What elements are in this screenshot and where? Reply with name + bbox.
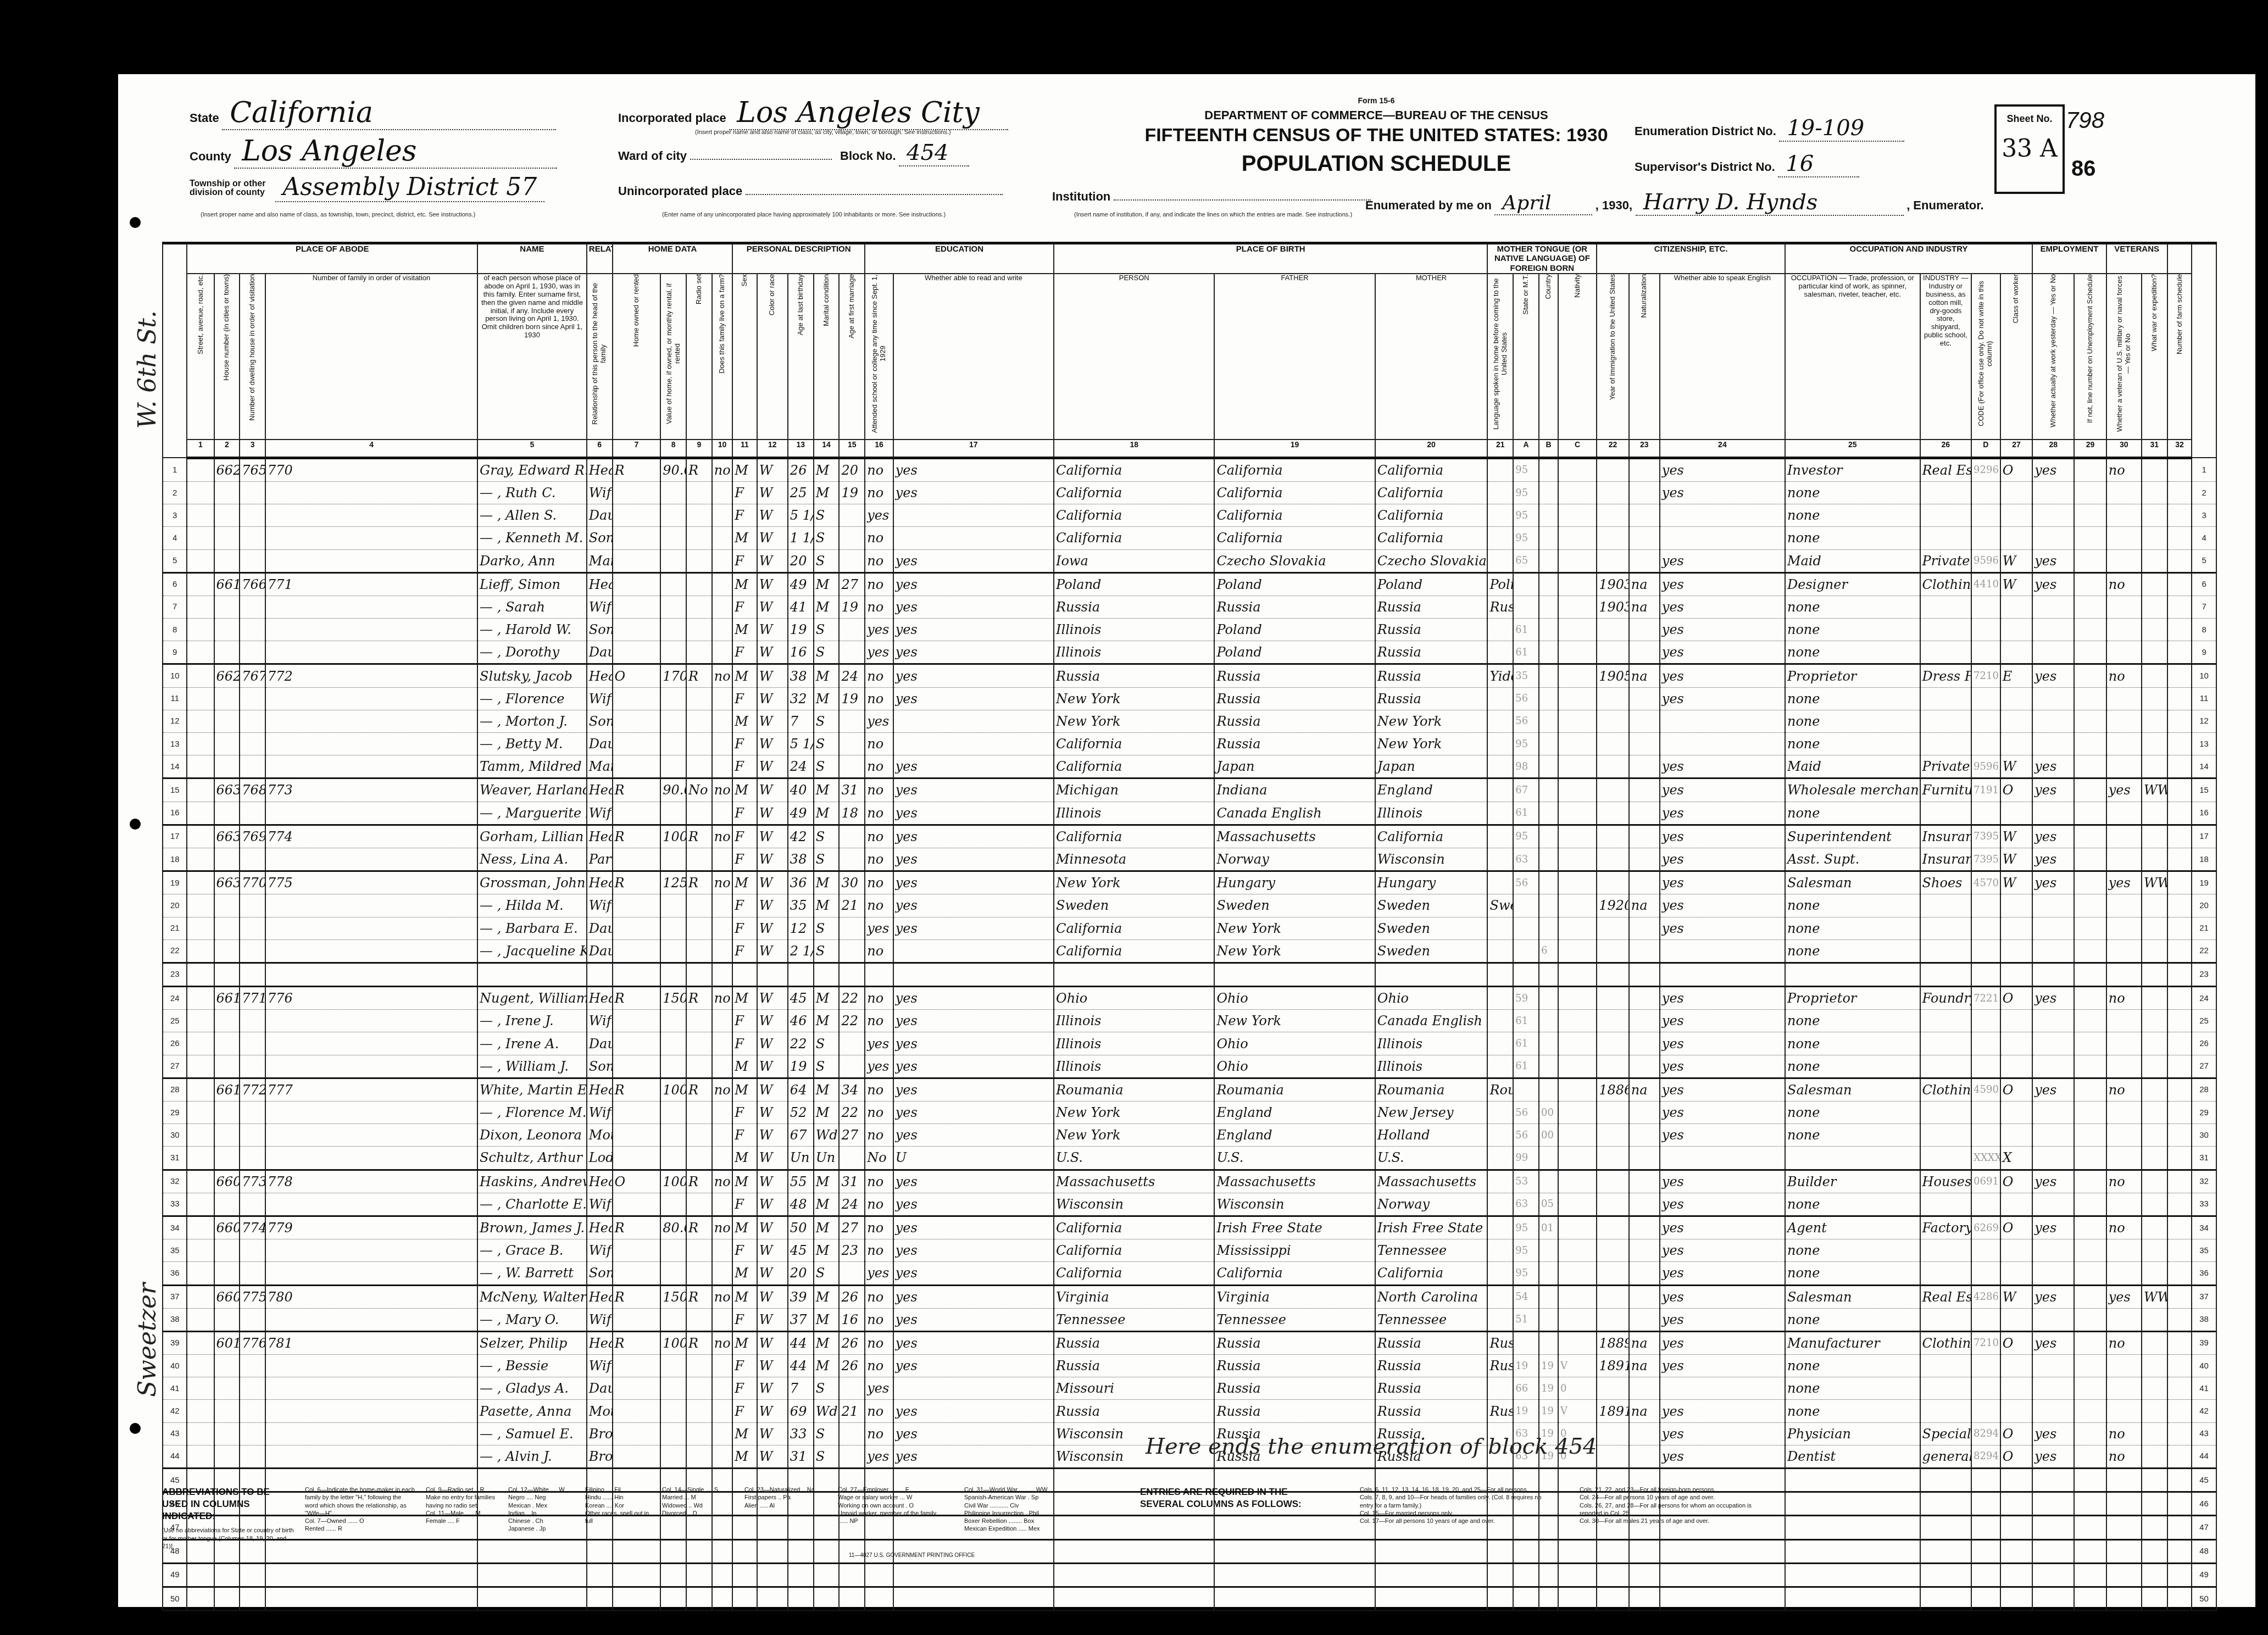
cell-street xyxy=(187,1285,214,1308)
cell-industry xyxy=(1920,504,1972,527)
cell-race: W xyxy=(757,1078,788,1101)
cell-value xyxy=(660,1262,686,1285)
column-label-30: Whether a veteran of U.S. military or na… xyxy=(2116,274,2132,433)
cell-age: 48 xyxy=(788,1193,814,1216)
cell-sex: F xyxy=(732,1102,757,1124)
cell-relation: Mother-in-law xyxy=(587,1400,613,1422)
table-row: 7— , SarahWife-H.FW41M19noyesRussiaRussi… xyxy=(163,596,2216,618)
cell-age-marr xyxy=(839,939,865,963)
cell-farm xyxy=(712,710,732,732)
cell-tongue xyxy=(1487,549,1513,572)
cell-read xyxy=(893,1377,1054,1400)
cell-owned xyxy=(613,572,661,596)
cell-codeC xyxy=(1558,1262,1597,1285)
cell-mother: Ohio xyxy=(1375,987,1488,1010)
cell-industry xyxy=(1920,1102,1972,1124)
cell-industry xyxy=(1920,710,1972,732)
cell-industry: Shoes xyxy=(1920,871,1972,894)
cell-house xyxy=(214,527,240,549)
cell-marital: S xyxy=(814,1055,840,1078)
cell-unemp xyxy=(2074,481,2106,504)
cell-english: yes xyxy=(1660,825,1785,848)
cell-dwelling: 772 xyxy=(240,1078,265,1101)
cell-codeA: 98 xyxy=(1513,755,1539,778)
cell-unemp xyxy=(2074,458,2106,481)
cell-age: 36 xyxy=(788,871,814,894)
cell-unemp xyxy=(2074,664,2106,687)
cell-family xyxy=(265,1032,477,1055)
cell-farm xyxy=(712,963,732,986)
unincorporated-value xyxy=(746,194,1003,195)
cell-occupation: none xyxy=(1785,1239,1920,1262)
institution-value xyxy=(1114,199,1371,201)
cell-war xyxy=(2142,733,2167,755)
cell-sex: M xyxy=(732,1055,757,1078)
cell-read: yes xyxy=(893,1355,1054,1377)
line-number-right: 8 xyxy=(2192,619,2216,641)
cell-tongue xyxy=(1487,848,1513,871)
cell-relation: Son xyxy=(587,710,613,732)
department-title: DEPARTMENT OF COMMERCE—BUREAU OF THE CEN… xyxy=(1074,108,1678,123)
cell-occupation: none xyxy=(1785,1355,1920,1377)
binder-hole-icon xyxy=(130,819,141,830)
cell-codeA xyxy=(1513,894,1539,917)
table-row: 3— , Allen S.DaughterFW5 1/2SyesCaliforn… xyxy=(163,504,2216,527)
cell-farm xyxy=(712,596,732,618)
cell-vet xyxy=(2106,1055,2142,1078)
cell-farmsch xyxy=(2167,1308,2192,1331)
cell-class: W xyxy=(2000,755,2032,778)
cell-owned xyxy=(613,1124,661,1147)
cell-industry xyxy=(1920,596,1972,618)
cell-street xyxy=(187,1102,214,1124)
cell-name: — , William J. xyxy=(477,1055,587,1078)
cell-industry: Foundry xyxy=(1920,987,1972,1010)
cell-birth: California xyxy=(1054,527,1214,549)
cell-value xyxy=(660,504,686,527)
abbreviations-note: [Use no abbreviations for State or count… xyxy=(162,1527,294,1550)
cell-age-marr: 26 xyxy=(839,1355,865,1377)
cell-read: yes xyxy=(893,1239,1054,1262)
cell-unemp xyxy=(2074,917,2106,939)
column-label-24: Whether able to speak English xyxy=(1674,274,1771,282)
cell-house: 6630 xyxy=(214,778,240,802)
cell-farmsch xyxy=(2167,1010,2192,1032)
cell-codeB xyxy=(1539,1331,1558,1354)
cell-father: California xyxy=(1214,481,1375,504)
column-number-32: 32 xyxy=(2167,440,2192,458)
cell-marital: S xyxy=(814,1262,840,1285)
column-label-18: PERSON xyxy=(1119,274,1149,282)
cell-industry xyxy=(1920,1400,1972,1422)
cell-race: W xyxy=(757,710,788,732)
cell-value xyxy=(660,549,686,572)
cell-occupation: none xyxy=(1785,1308,1920,1331)
cell-industry: general practice xyxy=(1920,1445,1972,1468)
cell-house xyxy=(214,596,240,618)
cell-farmsch xyxy=(2167,1377,2192,1400)
cell-owned xyxy=(613,481,661,504)
cell-radio xyxy=(686,802,712,825)
cell-age-marr xyxy=(839,1262,865,1285)
cell-owned xyxy=(613,1147,661,1170)
cell-age-marr xyxy=(839,527,865,549)
cell-race: W xyxy=(757,641,788,664)
col11-female: Female .... F xyxy=(426,1517,497,1525)
cell-occupation: none xyxy=(1785,687,1920,710)
cell-natur xyxy=(1629,481,1660,504)
column-number-25: 25 xyxy=(1785,440,1920,458)
cell-codeA: 56 xyxy=(1513,871,1539,894)
cell-codeD xyxy=(1971,641,2000,664)
cell-occupation: Proprietor xyxy=(1785,664,1920,687)
cell-age-marr: 27 xyxy=(839,1216,865,1239)
cell-father: Russia xyxy=(1214,664,1375,687)
cell-codeC xyxy=(1558,458,1597,481)
cell-codeD: 6269 xyxy=(1971,1216,2000,1239)
cell-street xyxy=(187,871,214,894)
cell-industry: Clothing xyxy=(1920,1331,1972,1354)
column-header-22: Year of immigration to the United States xyxy=(1597,274,1628,440)
cell-natur xyxy=(1629,687,1660,710)
cell-natur xyxy=(1629,641,1660,664)
column-number-7: 7 xyxy=(613,440,661,458)
line-number-right: 1 xyxy=(2192,458,2216,481)
line-number: 27 xyxy=(163,1055,187,1078)
table-row: 38— , Mary O.Wife-H.FW37M16noyesTennesse… xyxy=(163,1308,2216,1331)
cell-radio xyxy=(686,1308,712,1331)
cell-relation: Maid xyxy=(587,755,613,778)
footer-item: Korean .... Kor xyxy=(585,1502,651,1510)
cell-tongue: Russian xyxy=(1487,1400,1513,1422)
cell-father: Japan xyxy=(1214,755,1375,778)
state-field: State California xyxy=(190,96,556,130)
cell-farm xyxy=(712,1102,732,1124)
column-number-30: 30 xyxy=(2106,440,2142,458)
cell-war xyxy=(2142,458,2167,481)
cell-value: 80.00 xyxy=(660,1216,686,1239)
column-label-31: What war or expedition? xyxy=(2150,274,2159,351)
cell-dwelling: 771 xyxy=(240,987,265,1010)
cell-read: yes xyxy=(893,802,1054,825)
cell-relation: Son xyxy=(587,1055,613,1078)
cell-farm xyxy=(712,1445,732,1468)
cell-farmsch xyxy=(2167,987,2192,1010)
cell-read xyxy=(893,733,1054,755)
column-label-23: Naturalization xyxy=(1640,274,1648,318)
cell-name: Dixon, Leonora xyxy=(477,1124,587,1147)
cell-codeD: 4410 xyxy=(1971,572,2000,596)
cell-work xyxy=(2032,963,2074,986)
cell-english: yes xyxy=(1660,1010,1785,1032)
cell-birth: Michigan xyxy=(1054,778,1214,802)
cell-value xyxy=(660,1400,686,1422)
cell-codeC xyxy=(1558,1170,1597,1193)
cell-dwelling: 768 xyxy=(240,778,265,802)
cell-english: yes xyxy=(1660,755,1785,778)
cell-age-marr xyxy=(839,1377,865,1400)
footer-item: Hindu ...... Hin xyxy=(585,1494,651,1501)
cell-immig xyxy=(1597,1262,1628,1285)
cell-owned: R xyxy=(613,458,661,481)
cell-family xyxy=(265,1102,477,1124)
cell-class: X xyxy=(2000,1147,2032,1170)
column-header-23: Naturalization xyxy=(1629,274,1660,440)
footer-item: Col. 30—For all males 21 years of age an… xyxy=(1580,1517,1766,1525)
cell-work: yes xyxy=(2032,1170,2074,1193)
cell-english: yes xyxy=(1660,1078,1785,1101)
cell-race: W xyxy=(757,1193,788,1216)
cell-codeA: 61 xyxy=(1513,1010,1539,1032)
cell-radio xyxy=(686,755,712,778)
cell-sex: F xyxy=(732,1308,757,1331)
cell-race: W xyxy=(757,1147,788,1170)
footer-item: Philippine Insurrection . Phil xyxy=(964,1510,1074,1517)
cell-unemp xyxy=(2074,1124,2106,1147)
cell-codeA: 95 xyxy=(1513,1216,1539,1239)
enumerated-field: Enumerated by me on April , 1930, Harry … xyxy=(1365,190,1984,216)
cell-race: W xyxy=(757,1010,788,1032)
cell-codeD: 9296 xyxy=(1971,458,2000,481)
cell-codeA: 66 xyxy=(1513,1377,1539,1400)
cell-industry xyxy=(1920,1124,1972,1147)
line-number: 31 xyxy=(163,1147,187,1170)
cell-mother: Russia xyxy=(1375,1355,1488,1377)
footer-item: Indian .. In xyxy=(508,1510,580,1517)
sheet-label: Sheet No. xyxy=(1997,113,2063,125)
cell-unemp xyxy=(2074,1422,2106,1445)
cell-age-marr: 24 xyxy=(839,664,865,687)
cell-english: yes xyxy=(1660,619,1785,641)
cell-vet xyxy=(2106,848,2142,871)
cell-codeC xyxy=(1558,755,1597,778)
cell-class xyxy=(2000,527,2032,549)
cell-mother: Illinois xyxy=(1375,1032,1488,1055)
cell-immig xyxy=(1597,1193,1628,1216)
cell-class xyxy=(2000,1193,2032,1216)
column-number-14: 14 xyxy=(814,440,840,458)
cell-owned xyxy=(613,710,661,732)
cell-age-marr: 20 xyxy=(839,458,865,481)
cell-sex: M xyxy=(732,1445,757,1468)
cell-class: O xyxy=(2000,1331,2032,1354)
cell-race: W xyxy=(757,1262,788,1285)
cell-tongue: Roumanian xyxy=(1487,1078,1513,1101)
cell-mother: California xyxy=(1375,481,1488,504)
col6-note: Col. 6—Indicate the home-maker in each f… xyxy=(305,1486,415,1517)
binder-hole-icon xyxy=(130,1423,141,1434)
cell-read: yes xyxy=(893,1331,1054,1354)
cell-age: 35 xyxy=(788,894,814,917)
col14-list: Col. 14—Single .... SMarried ... MWidowe… xyxy=(662,1486,733,1517)
cell-street xyxy=(187,963,214,986)
col11-male: Col. 11—Male ..... M xyxy=(426,1510,497,1517)
cell-family xyxy=(265,963,477,986)
cell-read xyxy=(893,527,1054,549)
cell-immig xyxy=(1597,1032,1628,1055)
cell-value: 90.00 xyxy=(660,778,686,802)
cell-house xyxy=(214,1032,240,1055)
cell-war xyxy=(2142,1124,2167,1147)
cell-house xyxy=(214,710,240,732)
cell-natur xyxy=(1629,802,1660,825)
cell-father: Russia xyxy=(1214,733,1375,755)
cell-english: yes xyxy=(1660,1262,1785,1285)
column-header-10: Does this family live on a farm? xyxy=(712,274,732,440)
cell-race: W xyxy=(757,939,788,963)
cell-radio xyxy=(686,1239,712,1262)
cell-industry xyxy=(1920,1055,1972,1078)
cell-sex: F xyxy=(732,1124,757,1147)
column-number-29: 29 xyxy=(2074,440,2106,458)
cell-age-marr: 27 xyxy=(839,1124,865,1147)
cell-farm: no xyxy=(712,1078,732,1101)
footer-item: Col. 15—For married persons only. xyxy=(1360,1510,1547,1517)
cell-birth: California xyxy=(1054,939,1214,963)
cell-class xyxy=(2000,1055,2032,1078)
cell-father: England xyxy=(1214,1124,1375,1147)
cell-family xyxy=(265,939,477,963)
cell-farm xyxy=(712,1308,732,1331)
cell-industry: Factory xyxy=(1920,1216,1972,1239)
cell-read xyxy=(893,939,1054,963)
cell-farmsch xyxy=(2167,1055,2192,1078)
cell-owned xyxy=(613,1102,661,1124)
cell-immig: 1891 xyxy=(1597,1400,1628,1422)
cell-age-marr: 19 xyxy=(839,481,865,504)
cell-age-marr: 34 xyxy=(839,1078,865,1101)
cell-street xyxy=(187,1239,214,1262)
cell-race: W xyxy=(757,1055,788,1078)
cell-age-marr xyxy=(839,1445,865,1468)
cell-race: W xyxy=(757,1102,788,1124)
cell-family xyxy=(265,1355,477,1377)
cell-sex: F xyxy=(732,733,757,755)
cell-industry xyxy=(1920,733,1972,755)
line-number: 33 xyxy=(163,1193,187,1216)
cell-age-marr xyxy=(839,710,865,732)
line-number-right: 40 xyxy=(2192,1355,2216,1377)
ed-value: 19-109 xyxy=(1779,115,1904,142)
cell-immig xyxy=(1597,710,1628,732)
cell-codeA: 56 xyxy=(1513,710,1539,732)
cell-tongue xyxy=(1487,1239,1513,1262)
cell-owned xyxy=(613,1010,661,1032)
cell-mother: New Jersey xyxy=(1375,1102,1488,1124)
cell-english: yes xyxy=(1660,1400,1785,1422)
cell-codeC xyxy=(1558,1032,1597,1055)
cell-war xyxy=(2142,596,2167,618)
cell-immig xyxy=(1597,549,1628,572)
cell-owned xyxy=(613,917,661,939)
cell-work xyxy=(2032,1262,2074,1285)
cell-tongue xyxy=(1487,802,1513,825)
cell-codeC xyxy=(1558,549,1597,572)
cell-street xyxy=(187,1377,214,1400)
cell-age: 55 xyxy=(788,1170,814,1193)
cell-farmsch xyxy=(2167,1170,2192,1193)
cell-codeB xyxy=(1539,641,1558,664)
cell-race xyxy=(757,963,788,986)
cell-race: W xyxy=(757,549,788,572)
cell-tongue xyxy=(1487,733,1513,755)
county-label: County xyxy=(190,149,231,163)
cell-farm: no xyxy=(712,778,732,802)
cell-father: Norway xyxy=(1214,848,1375,871)
cell-natur xyxy=(1629,1147,1660,1170)
cell-birth: Roumania xyxy=(1054,1078,1214,1101)
cell-industry: Private family xyxy=(1920,549,1972,572)
cell-class: E xyxy=(2000,664,2032,687)
column-label-7: Home owned or rented xyxy=(632,274,641,347)
cell-age: 44 xyxy=(788,1331,814,1354)
cell-birth: Iowa xyxy=(1054,549,1214,572)
cell-read: yes xyxy=(893,1422,1054,1445)
line-number-right: 7 xyxy=(2192,596,2216,618)
line-number: 22 xyxy=(163,939,187,963)
footer-item: Filipino .... Fil xyxy=(585,1486,651,1494)
cell-codeB xyxy=(1539,733,1558,755)
cell-natur xyxy=(1629,963,1660,986)
cell-tongue xyxy=(1487,1262,1513,1285)
line-number-right: 22 xyxy=(2192,939,2216,963)
line-number-right: 17 xyxy=(2192,825,2216,848)
cell-vet xyxy=(2106,1032,2142,1055)
cell-farm xyxy=(712,619,732,641)
cell-work xyxy=(2032,641,2074,664)
cell-natur xyxy=(1629,1377,1660,1400)
cell-radio: R xyxy=(686,1285,712,1308)
table-row: 31Schultz, ArthurLodgerMWUnUnNoUU.S.U.S.… xyxy=(163,1147,2216,1170)
cell-sex: F xyxy=(732,1193,757,1216)
table-row: 20— , Hilda M.Wife-H.FW35M21noyesSwedenS… xyxy=(163,894,2216,917)
schedule-title: POPULATION SCHEDULE xyxy=(1074,152,1678,176)
cell-race: W xyxy=(757,1422,788,1445)
cell-codeD: 4570 xyxy=(1971,871,2000,894)
township-note: (Insert proper name and also name of cla… xyxy=(201,212,475,218)
cell-farm xyxy=(712,1032,732,1055)
cell-father: Hungary xyxy=(1214,871,1375,894)
column-header-24: Whether able to speak English xyxy=(1660,274,1785,440)
cell-codeD: XXXX xyxy=(1971,1147,2000,1170)
cell-immig: 1903 xyxy=(1597,596,1628,618)
cell-farmsch xyxy=(2167,1355,2192,1377)
cell-sex: F xyxy=(732,549,757,572)
cell-dwelling xyxy=(240,1445,265,1468)
cell-relation: Wife-H. xyxy=(587,481,613,504)
line-number-right: 43 xyxy=(2192,1422,2216,1445)
cell-age: 44 xyxy=(788,1355,814,1377)
cell-age-marr xyxy=(839,1147,865,1170)
cell-school: no xyxy=(865,987,893,1010)
cell-codeB: 05 xyxy=(1539,1193,1558,1216)
cell-radio xyxy=(686,504,712,527)
cell-marital: M xyxy=(814,687,840,710)
cell-marital: Wd xyxy=(814,1124,840,1147)
cell-farmsch xyxy=(2167,641,2192,664)
cell-immig: 1889 xyxy=(1597,1331,1628,1354)
cell-immig xyxy=(1597,1055,1628,1078)
cell-name: Haskins, Andrew A. xyxy=(477,1170,587,1193)
cell-dwelling xyxy=(240,1355,265,1377)
line-number: 19 xyxy=(163,871,187,894)
cell-farm xyxy=(712,1400,732,1422)
cell-birth: California xyxy=(1054,458,1214,481)
cell-age-marr: 26 xyxy=(839,1331,865,1354)
cell-marital: M xyxy=(814,1078,840,1101)
cell-marital: M xyxy=(814,1331,840,1354)
cell-class xyxy=(2000,894,2032,917)
